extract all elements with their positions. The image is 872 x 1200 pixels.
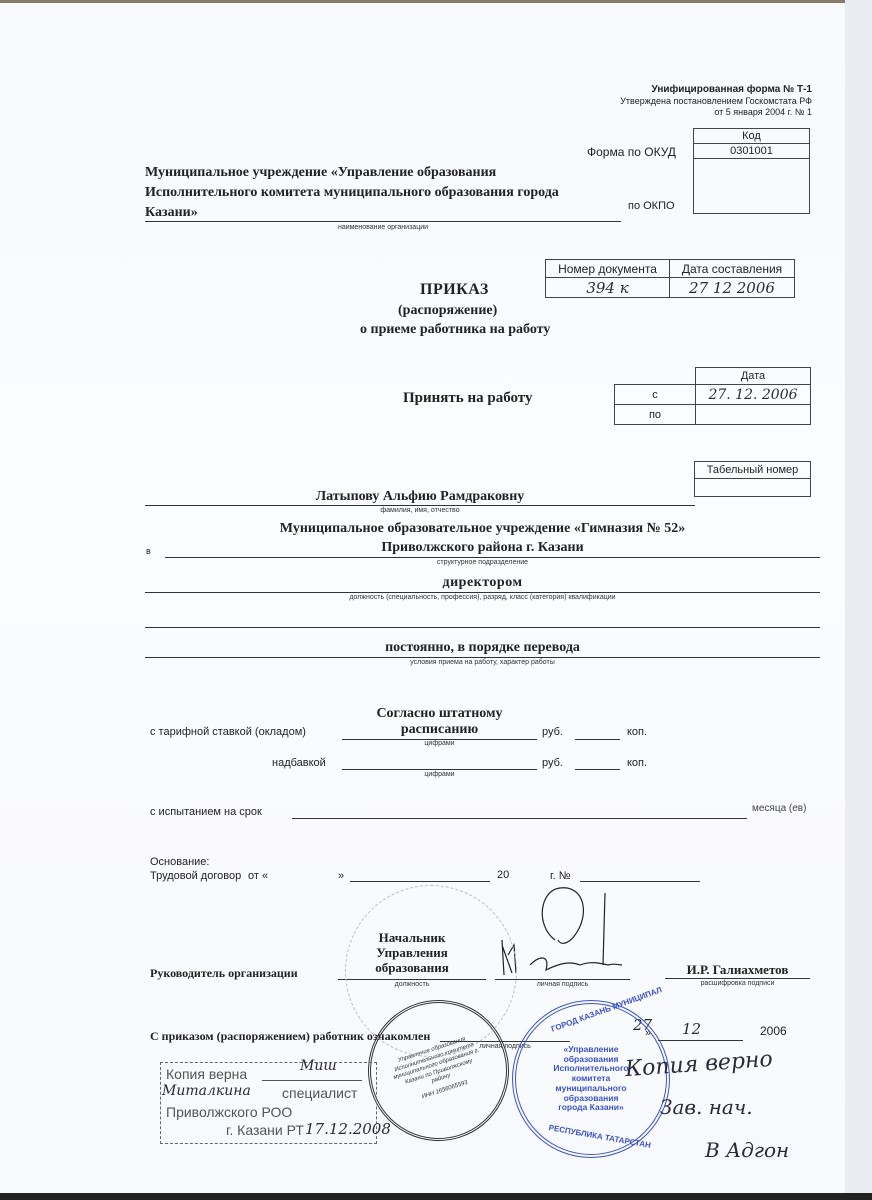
- acq-month-line: [658, 1040, 743, 1041]
- acq-month: 12: [682, 1020, 701, 1038]
- probation-underline: [292, 818, 747, 819]
- form-title: Унифицированная форма № Т-1: [651, 84, 812, 95]
- order-title: ПРИКАЗ: [420, 281, 489, 299]
- org-line-2: Исполнительного комитета муниципального …: [145, 185, 559, 201]
- order-subject: о приеме работника на работу: [360, 322, 550, 338]
- head-label: Руководитель организации: [150, 966, 298, 981]
- copy-stamp-sign-line: [262, 1080, 362, 1081]
- contract-close-quote: »: [338, 870, 344, 882]
- doc-date-header: Дата составления: [669, 259, 795, 278]
- contract-from: от «: [248, 870, 268, 882]
- faint-stamp-outline: [345, 885, 517, 1057]
- acq-year: 2006: [760, 1024, 787, 1038]
- org-line-1: Муниципальное учреждение «Управление обр…: [145, 165, 496, 181]
- handwritten-note-line-2: Зав. нач.: [660, 1095, 753, 1119]
- hire-from-label: с: [614, 384, 696, 405]
- bonus-digits-caption: цифрами: [342, 771, 537, 778]
- basis-label: Основание:: [150, 856, 209, 868]
- contract-number-line: [580, 881, 700, 882]
- position-extra-line: [145, 627, 820, 628]
- bonus-kop-line: [575, 769, 620, 770]
- approved-date: от 5 января 2004 г. № 1: [714, 107, 812, 117]
- copy-stamp-line-3: Приволжского РОО: [166, 1104, 292, 1120]
- order-subtitle: (распоряжение): [398, 303, 497, 319]
- head-decryption: И.Р. Галиахметов: [665, 962, 810, 978]
- name-caption: фамилия, имя, отчество: [145, 507, 695, 514]
- rate-value-line-2: расписанию: [342, 722, 537, 738]
- rate-label: с тарифной ставкой (окладом): [150, 726, 306, 738]
- name-underline: [145, 505, 695, 506]
- hire-from-value: 27. 12. 2006: [695, 384, 811, 405]
- decryption-underline: [665, 978, 810, 979]
- okud-value: 0301001: [693, 143, 810, 159]
- copy-stamp-line-4: г. Казани РТ: [226, 1122, 304, 1138]
- hire-date-header: Дата: [695, 367, 811, 385]
- unit-caption: структурное подразделение: [145, 559, 820, 566]
- handwritten-note-line-3: В Адгон: [705, 1138, 789, 1162]
- bonus-kop: коп.: [627, 757, 647, 769]
- hire-to-label: по: [614, 404, 696, 425]
- copy-stamp-line-1: Копия верна: [166, 1066, 247, 1082]
- copy-stamp-date: 17.12.2008: [305, 1120, 391, 1138]
- rate-value-line-1: Согласно штатному: [342, 706, 537, 722]
- copy-stamp-line-2: специалист: [282, 1085, 357, 1101]
- conditions-value: постоянно, в порядке перевода: [145, 640, 820, 656]
- conditions-underline: [145, 657, 820, 658]
- rate-kop-line: [575, 739, 620, 740]
- okpo-label: по ОКПО: [628, 200, 675, 212]
- rate-rub: руб.: [542, 726, 563, 738]
- contract-label: Трудовой договор: [150, 870, 241, 882]
- contract-number-label: г. №: [550, 870, 571, 882]
- okud-label: Форма по ОКУД: [587, 145, 676, 159]
- bonus-label: надбавкой: [272, 757, 326, 769]
- employee-name: Латыпову Альфию Рамдраковну: [145, 489, 695, 505]
- hire-label: Принять на работу: [403, 390, 532, 407]
- unit-line-1: Муниципальное образовательное учреждение…: [145, 521, 820, 537]
- conditions-caption: условия приема на работу, характер работ…: [145, 659, 820, 666]
- org-underline: [145, 221, 621, 222]
- approved-by: Утверждена постановлением Госкомстата РФ: [620, 96, 812, 106]
- position-underline: [145, 592, 820, 593]
- doc-number-value: 394 к: [545, 277, 670, 298]
- org-line-3: Казани»: [145, 205, 198, 221]
- copy-stamp-signer: Миталкина: [162, 1083, 251, 1099]
- doc-date-value: 27 12 2006: [669, 277, 795, 298]
- probation-label: с испытанием на срок: [150, 806, 262, 818]
- scan-bottom-edge: [0, 1193, 872, 1200]
- rate-kop: коп.: [627, 726, 647, 738]
- scan-edge: [845, 0, 872, 1200]
- okpo-value: [693, 158, 810, 214]
- tab-number-value: [694, 478, 811, 497]
- unit-line-2: Приволжского района г. Казани: [145, 540, 820, 556]
- position-caption: должность (специальность, профессия), ра…: [145, 594, 820, 601]
- decryption-caption: расшифровка подписи: [665, 980, 810, 987]
- unit-underline: [165, 557, 820, 558]
- probation-unit: месяца (ев): [752, 803, 806, 814]
- position-value: директором: [145, 575, 820, 591]
- hire-to-value: [695, 404, 811, 425]
- bonus-rub: руб.: [542, 757, 563, 769]
- tab-number-header: Табельный номер: [694, 461, 811, 479]
- org-caption: наименование организации: [145, 224, 621, 231]
- code-header: Код: [693, 128, 810, 144]
- copy-sign: Миш: [300, 1058, 337, 1074]
- bonus-underline: [342, 769, 537, 770]
- doc-number-header: Номер документа: [545, 259, 670, 278]
- contract-year-prefix: 20: [497, 869, 509, 881]
- blue-stamp-line: города Казани»: [541, 1103, 641, 1113]
- contract-month-line: [350, 881, 490, 882]
- rate-digits-caption: цифрами: [342, 740, 537, 747]
